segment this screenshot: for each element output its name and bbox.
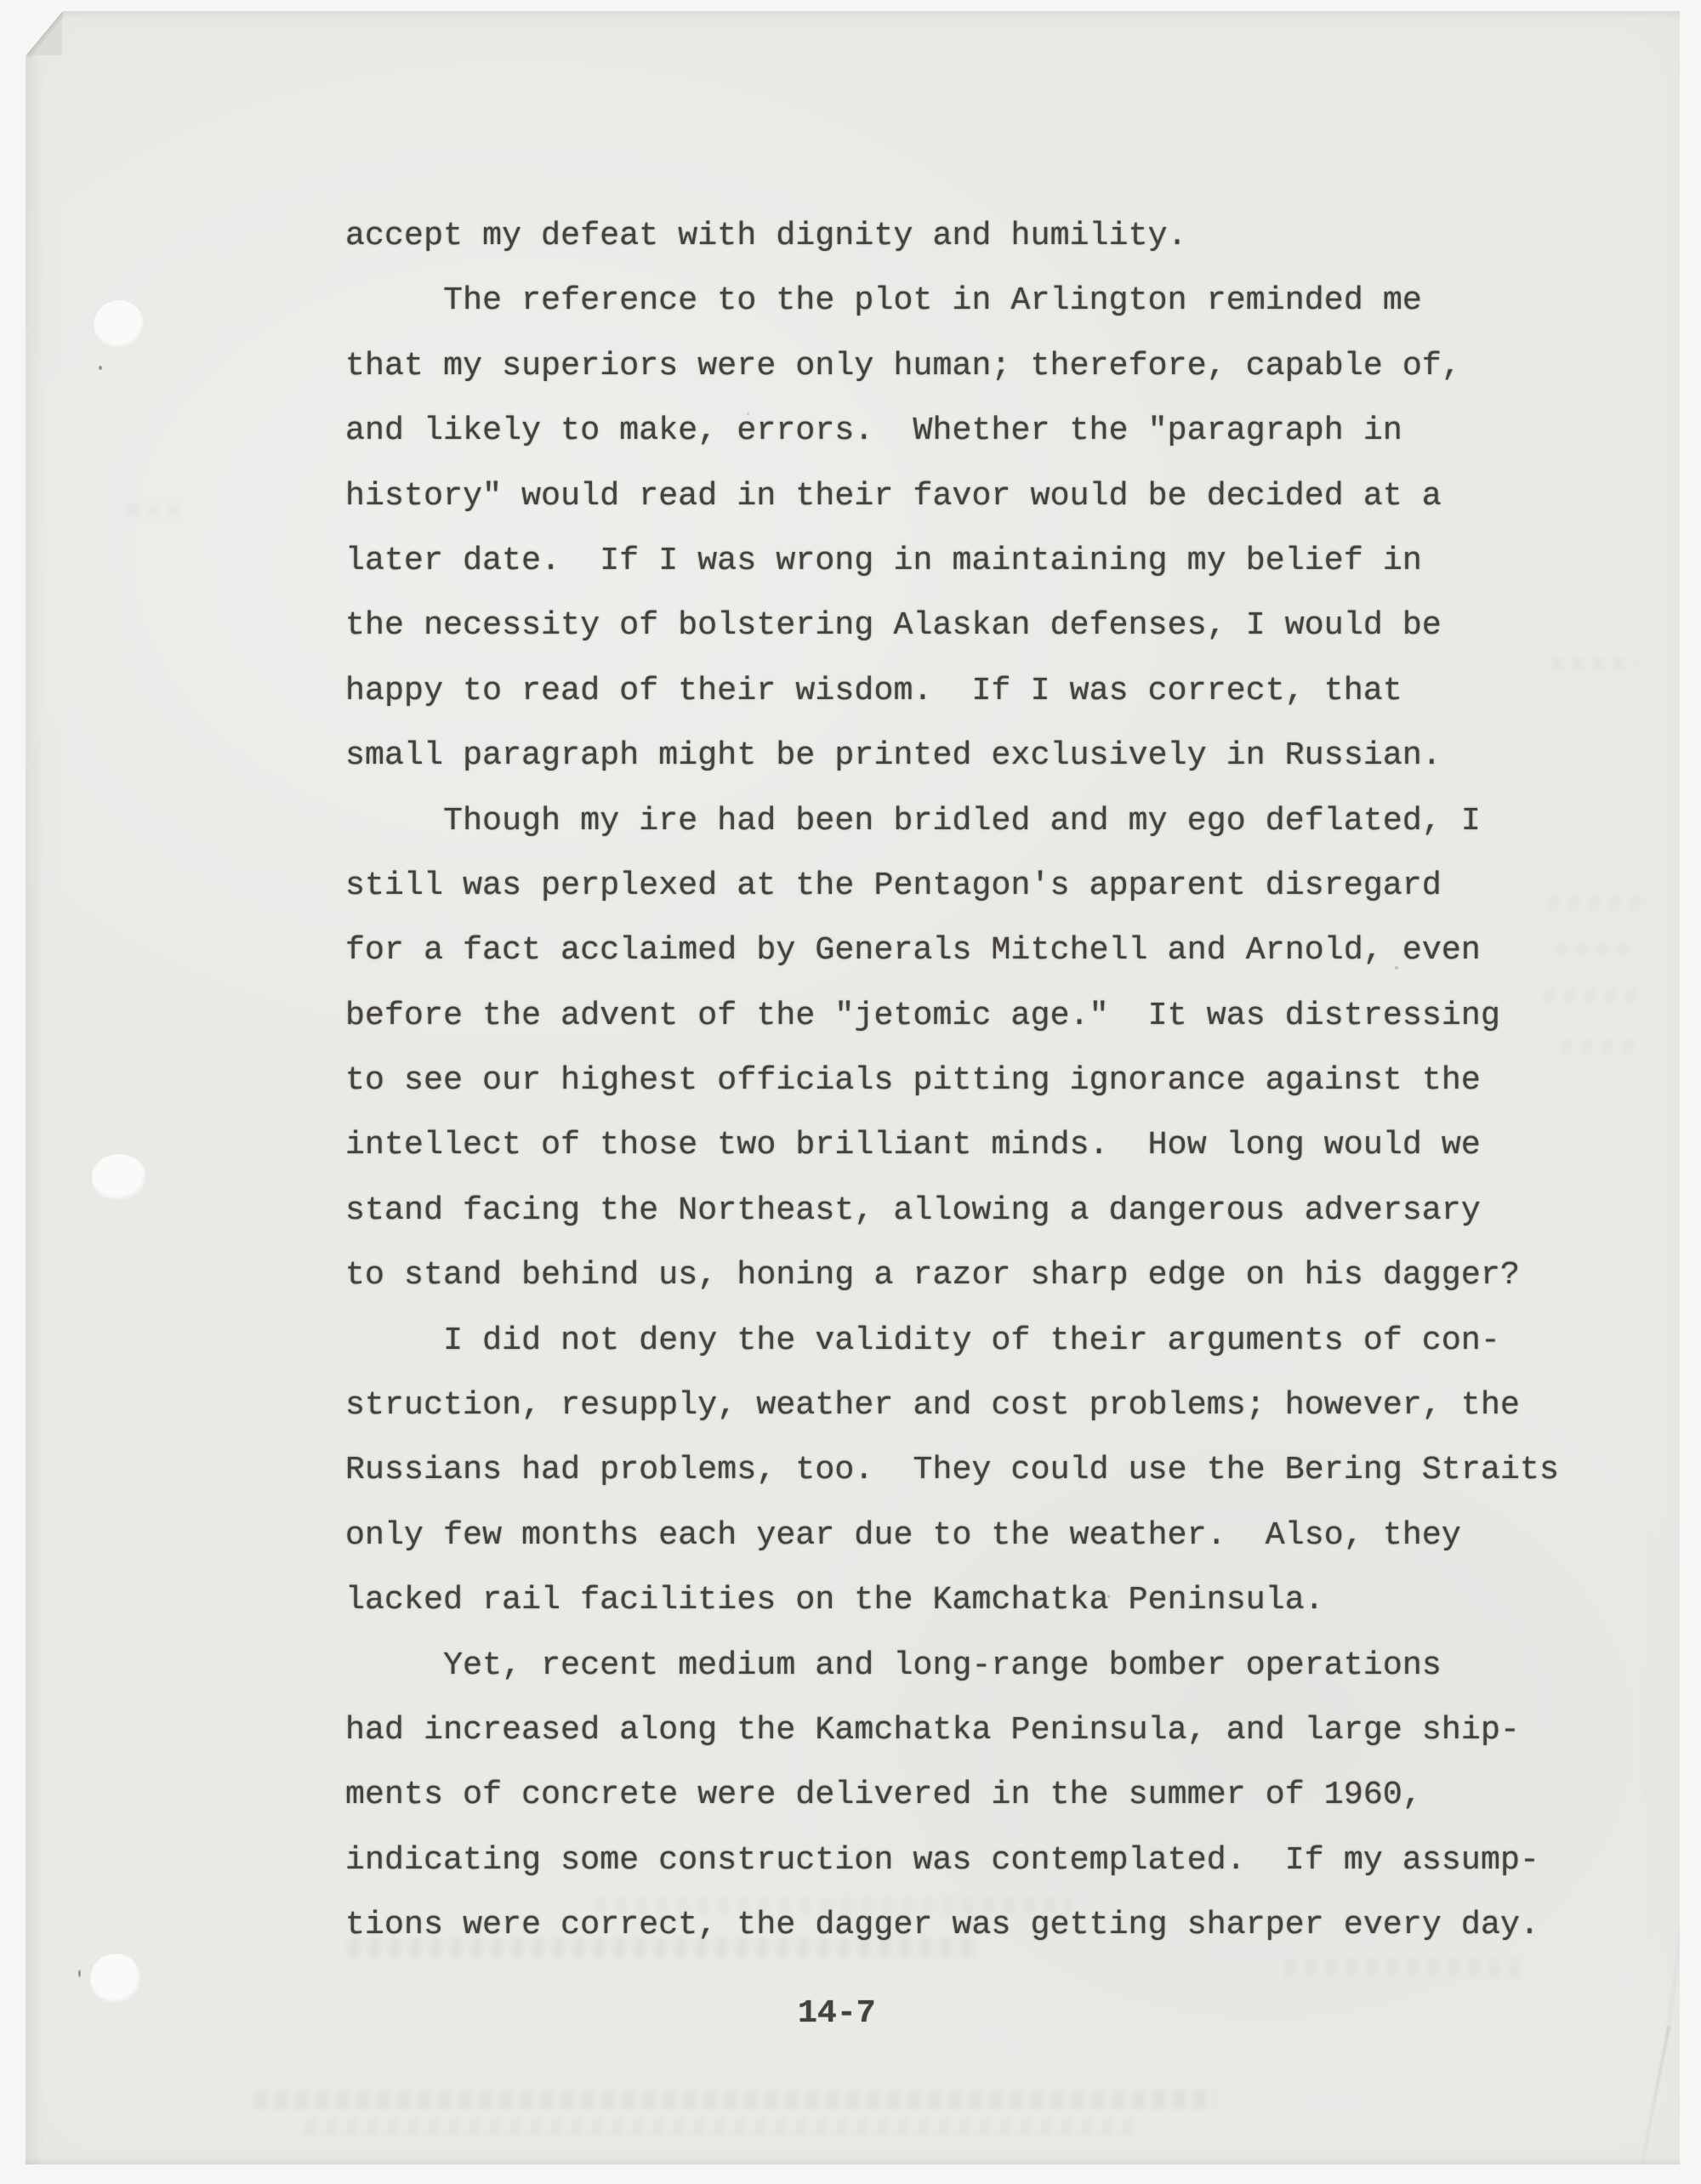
bleed-smudge	[595, 1897, 1072, 1914]
corner-fold	[26, 11, 77, 71]
text-line: that my superiors were only human; there…	[345, 334, 1604, 399]
typed-text: accept my defeat with dignity and humili…	[345, 204, 1604, 1959]
text-line: Yet, recent medium and long-range bomber…	[345, 1634, 1604, 1698]
text-line: before the advent of the "jetomic age." …	[345, 984, 1604, 1049]
text-line: only few months each year due to the wea…	[345, 1504, 1604, 1568]
crease	[1641, 2026, 1670, 2164]
text-line: lacked rail facilities on the Kamchatka …	[345, 1568, 1604, 1633]
text-line: history" would read in their favor would…	[345, 464, 1604, 529]
bleed-smudge	[1561, 1040, 1637, 1054]
text-line: happy to read of their wisdom. If I was …	[345, 659, 1604, 724]
bleed-smudge	[1556, 942, 1637, 956]
speck	[1395, 966, 1398, 970]
speck	[747, 412, 749, 415]
text-line: small paragraph might be printed exclusi…	[345, 724, 1604, 788]
text-line: had increased along the Kamchatka Penins…	[345, 1698, 1604, 1763]
scanned-page: accept my defeat with dignity and humili…	[26, 11, 1680, 2164]
text-line: to see our highest officials pitting ign…	[345, 1049, 1604, 1113]
text-line: later date. If I was wrong in maintainin…	[345, 529, 1604, 594]
crease	[1667, 1925, 1682, 2034]
bleed-smudge	[1552, 657, 1637, 671]
page-number: 14-7	[798, 1995, 876, 2033]
text-line: Though my ire had been bridled and my eg…	[345, 789, 1604, 854]
bleed-smudge	[1548, 896, 1641, 911]
text-line: intellect of those two brilliant minds. …	[345, 1113, 1604, 1178]
text-line: The reference to the plot in Arlington r…	[345, 269, 1604, 333]
bleed-smudge	[306, 2119, 1140, 2136]
text-line: indicating some construction was contemp…	[345, 1829, 1604, 1893]
bleed-smudge	[1544, 989, 1646, 1003]
text-line: to stand behind us, honing a razor sharp…	[345, 1243, 1604, 1308]
text-line: I did not deny the validity of their arg…	[345, 1309, 1604, 1374]
bleed-smudge	[255, 2090, 1216, 2109]
text-line: for a fact acclaimed by Generals Mitchel…	[345, 919, 1604, 983]
punch-hole-bottom	[90, 1954, 141, 2005]
text-line: stand facing the Northeast, allowing a d…	[345, 1179, 1604, 1243]
text-line: and likely to make, errors. Whether the …	[345, 399, 1604, 464]
speck	[1107, 1595, 1110, 1598]
speck	[78, 1970, 81, 1977]
text-line: accept my defeat with dignity and humili…	[345, 204, 1604, 269]
text-line: struction, resupply, weather and cost pr…	[345, 1374, 1604, 1438]
text-line: ments of concrete were delivered in the …	[345, 1763, 1604, 1828]
text-line: the necessity of bolstering Alaskan defe…	[345, 594, 1604, 658]
bleed-smudge	[1284, 1959, 1522, 1977]
punch-hole-top	[94, 300, 145, 350]
text-lines: accept my defeat with dignity and humili…	[345, 204, 1604, 1959]
bleed-smudge	[349, 1937, 978, 1958]
punch-hole-middle	[92, 1154, 146, 1202]
text-line: still was perplexed at the Pentagon's ap…	[345, 854, 1604, 919]
speck	[99, 366, 102, 370]
text-line: Russians had problems, too. They could u…	[345, 1438, 1604, 1503]
bleed-smudge	[128, 504, 179, 516]
